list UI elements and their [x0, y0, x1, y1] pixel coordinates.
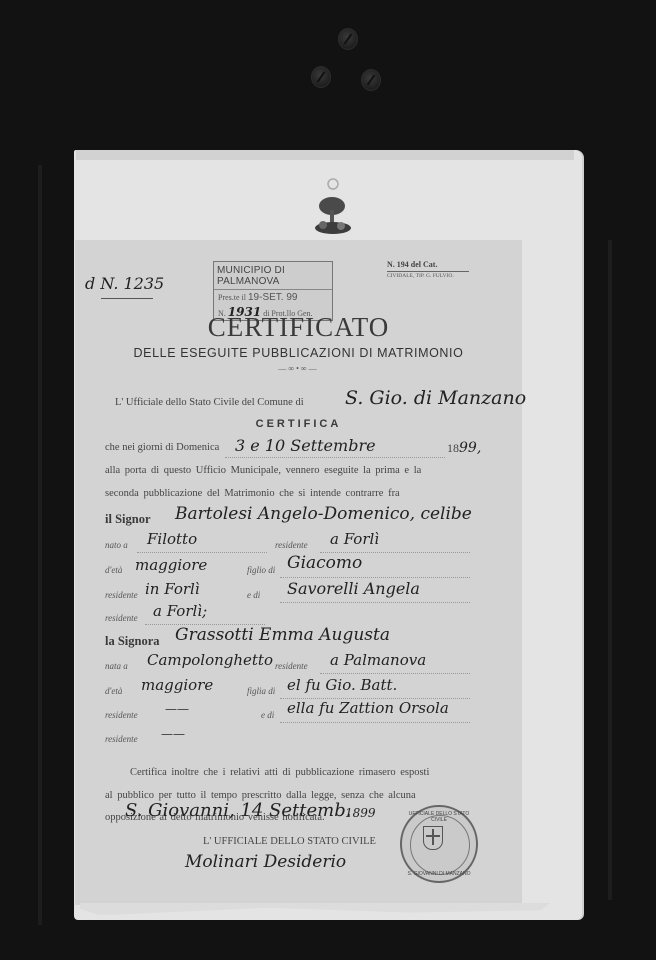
groom-born: Filotto — [147, 530, 197, 548]
catalog-number: N. 194 del Cat. — [387, 260, 437, 269]
bride-residence: a Palmanova — [330, 651, 426, 669]
seal-bottom-text: S. GIOVANNI DI MANZANO — [402, 871, 476, 877]
stamp-presented-date: 19-SET. 99 — [248, 292, 297, 303]
bride-res2-label: residente — [105, 710, 138, 720]
days-label: che nei giorni di Domenica — [105, 442, 219, 453]
groom-born-label: nato a — [105, 540, 128, 550]
groom-name: Bartolesi Angelo-Domenico, celibe — [175, 504, 472, 524]
bride-residence-label: residente — [275, 661, 308, 671]
groom-born-rule — [137, 552, 267, 553]
mount-screw-left — [311, 66, 331, 88]
archive-frame-left — [38, 165, 42, 925]
groom-res2: in Forlì — [145, 580, 200, 598]
groom-father: Giacomo — [287, 553, 362, 573]
bride-born: Campolonghetto — [147, 651, 273, 669]
certificate-subtitle: DELLE ESEGUITE PUBBLICAZIONI DI MATRIMON… — [75, 346, 522, 360]
bride-age-label: d'età — [105, 686, 122, 696]
bride-daughter-label: figlia di — [247, 686, 275, 696]
catalog-rule — [387, 271, 469, 272]
groom-res3: a Forlì; — [153, 602, 207, 620]
comune-name: S. Gio. di Manzano — [345, 387, 526, 409]
bride-res2: —— — [165, 702, 189, 716]
stamp-municipality: MUNICIPIO DI PALMANOVA — [214, 262, 332, 290]
bride-res3: —— — [161, 727, 185, 741]
bride-res3-label: residente — [105, 734, 138, 744]
year-suffix: 99, — [459, 440, 481, 456]
year-prefix: 18 — [447, 441, 459, 455]
bride-residence-rule — [320, 673, 470, 674]
reference-number: d N. 1235 — [85, 274, 164, 293]
bride-father: el fu Gio. Batt. — [287, 676, 397, 694]
days-rule — [225, 457, 445, 458]
printer-info: CIVIDALE, TIP. G. FULVIO. — [387, 273, 454, 279]
divider-ornament: —∞•∞— — [75, 364, 522, 373]
mount-screw-top — [338, 28, 358, 50]
reference-prefix: d — [85, 274, 95, 293]
officer-title: L' UFFICIALE DELLO STATO CIVILE — [203, 836, 376, 847]
back-page-edge — [76, 150, 574, 160]
stamp-presented-label: Pres.te il — [218, 293, 246, 302]
bride-name: Grassotti Emma Augusta — [175, 625, 390, 645]
groom-mother-rule — [280, 602, 470, 603]
groom-age-label: d'età — [105, 565, 122, 575]
year: 1899, — [447, 440, 481, 456]
reference-value: N. 1235 — [100, 274, 164, 293]
certifica-heading: CERTIFICA — [75, 418, 522, 430]
bride-and-label: e di — [261, 710, 274, 720]
days-value: 3 e 10 Settembre — [235, 436, 376, 455]
groom-mother: Savorelli Angela — [287, 579, 420, 598]
groom-label: il Signor — [105, 512, 151, 527]
groom-son-label: figlio di — [247, 565, 275, 575]
bride-mother-rule — [280, 722, 470, 723]
bride-label: la Signora — [105, 634, 160, 649]
civil-registry-seal: UFFICIALE DELLO STATO CIVILE S. GIOVANNI… — [400, 805, 478, 883]
archive-frame-right — [608, 240, 612, 900]
mount-screw-right — [361, 69, 381, 91]
groom-residence: a Forlì — [330, 530, 379, 548]
groom-res2-label: residente — [105, 590, 138, 600]
groom-father-rule — [280, 577, 470, 578]
certificate-title: CERTIFICATO — [75, 312, 522, 343]
bride-born-label: nata a — [105, 661, 128, 671]
bride-mother: ella fu Zattion Orsola — [287, 699, 449, 717]
line-2: alla porta di questo Ufficio Municipale,… — [105, 465, 421, 476]
place-year: 1899 — [345, 806, 376, 820]
bride-age: maggiore — [141, 676, 213, 694]
intro-text: L' Ufficiale dello Stato Civile del Comu… — [115, 397, 304, 408]
groom-residence-label: residente — [275, 540, 308, 550]
closing-line-1: Certifica inoltre che i relativi atti di… — [130, 767, 429, 778]
reference-underline — [101, 298, 153, 299]
stamp-presented: Pres.te il 19-SET. 99 — [214, 290, 332, 303]
line-3: seconda pubblicazione del Matrimonio che… — [105, 488, 400, 499]
groom-res3-label: residente — [105, 613, 138, 623]
certificate-form: d N. 1235 MUNICIPIO DI PALMANOVA Pres.te… — [75, 240, 522, 905]
place-date: S. Giovanni, 14 Settemb. — [125, 800, 351, 821]
groom-and-label: e di — [247, 590, 260, 600]
groom-age: maggiore — [135, 556, 207, 574]
savoy-shield-icon — [423, 826, 443, 850]
tree-emblem-icon — [308, 176, 358, 238]
officer-signature: Molinari Desiderio — [185, 852, 346, 872]
